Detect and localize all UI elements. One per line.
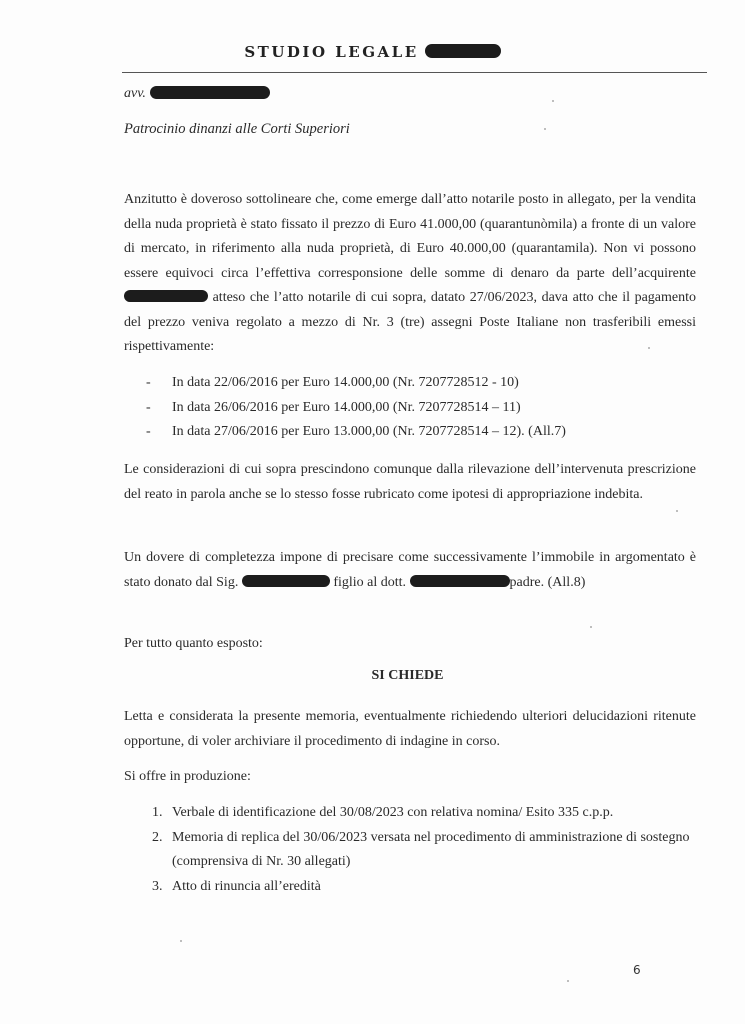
attorney-line: avv. — [124, 86, 270, 102]
list-item-text: In data 27/06/2016 per Euro 13.000,00 (N… — [172, 420, 566, 445]
paragraph-donation: Un dovere di completezza impone di preci… — [124, 546, 696, 595]
list-item-text: In data 22/06/2016 per Euro 14.000,00 (N… — [172, 371, 519, 396]
list-item: 3.Atto di rinuncia all’eredità — [152, 875, 697, 900]
dash-bullet: - — [146, 371, 172, 396]
paragraph-exhibits-intro: Si offre in produzione: — [124, 765, 696, 790]
redaction-mark — [425, 44, 501, 58]
list-number: 2. — [152, 826, 172, 875]
list-item: 1.Verbale di identificazione del 30/08/2… — [152, 801, 697, 826]
list-item-text: Atto di rinuncia all’eredità — [172, 875, 321, 900]
redaction-mark — [410, 575, 510, 587]
list-item: -In data 27/06/2016 per Euro 13.000,00 (… — [146, 420, 566, 445]
list-item: 2.Memoria di replica del 30/06/2023 vers… — [152, 826, 697, 875]
dash-bullet: - — [146, 420, 172, 445]
list-number: 3. — [152, 875, 172, 900]
list-item: -In data 26/06/2016 per Euro 14.000,00 (… — [146, 396, 566, 421]
paragraph-text: Anzitutto è doveroso sottolineare che, c… — [124, 192, 696, 281]
redaction-mark — [124, 290, 208, 302]
header-divider — [122, 72, 707, 73]
paragraph-prescription: Le considerazioni di cui sopra prescindo… — [124, 458, 696, 507]
letterhead-subtitle: Patrocinio dinanzi alle Corti Superiori — [124, 121, 350, 138]
list-item-text: In data 26/06/2016 per Euro 14.000,00 (N… — [172, 396, 521, 421]
paragraph-conclusion-intro: Per tutto quanto esposto: — [124, 632, 696, 657]
paragraph-text: padre. (All.8) — [510, 575, 586, 590]
request-heading: SI CHIEDE — [0, 668, 745, 684]
scan-speck — [590, 626, 592, 628]
redaction-mark — [150, 86, 270, 99]
scan-speck — [544, 128, 546, 130]
scan-speck — [648, 347, 650, 349]
exhibit-list: 1.Verbale di identificazione del 30/08/2… — [152, 801, 697, 899]
scan-speck — [567, 980, 569, 982]
list-item-text: Memoria di replica del 30/06/2023 versat… — [172, 826, 697, 875]
scan-speck — [676, 510, 678, 512]
page-number: 6 — [633, 963, 641, 977]
attorney-prefix: avv. — [124, 86, 146, 101]
firm-name: STUDIO LEGALE — [244, 43, 418, 61]
dash-bullet: - — [146, 396, 172, 421]
paragraph-sale-price: Anzitutto è doveroso sottolineare che, c… — [124, 188, 696, 360]
paragraph-request: Letta e considerata la presente memoria,… — [124, 705, 696, 754]
list-item: -In data 22/06/2016 per Euro 14.000,00 (… — [146, 371, 566, 396]
letterhead-title: STUDIO LEGALE — [0, 43, 745, 61]
list-number: 1. — [152, 801, 172, 826]
document-page: STUDIO LEGALE avv. Patrocinio dinanzi al… — [0, 0, 745, 1024]
paragraph-text: figlio al dott. — [333, 575, 406, 590]
redaction-mark — [242, 575, 330, 587]
scan-speck — [552, 100, 554, 102]
scan-speck — [180, 940, 182, 942]
list-item-text: Verbale di identificazione del 30/08/202… — [172, 801, 613, 826]
paragraph-text: atteso che l’atto notarile di cui sopra,… — [124, 290, 696, 354]
cheque-list: -In data 22/06/2016 per Euro 14.000,00 (… — [146, 371, 566, 445]
